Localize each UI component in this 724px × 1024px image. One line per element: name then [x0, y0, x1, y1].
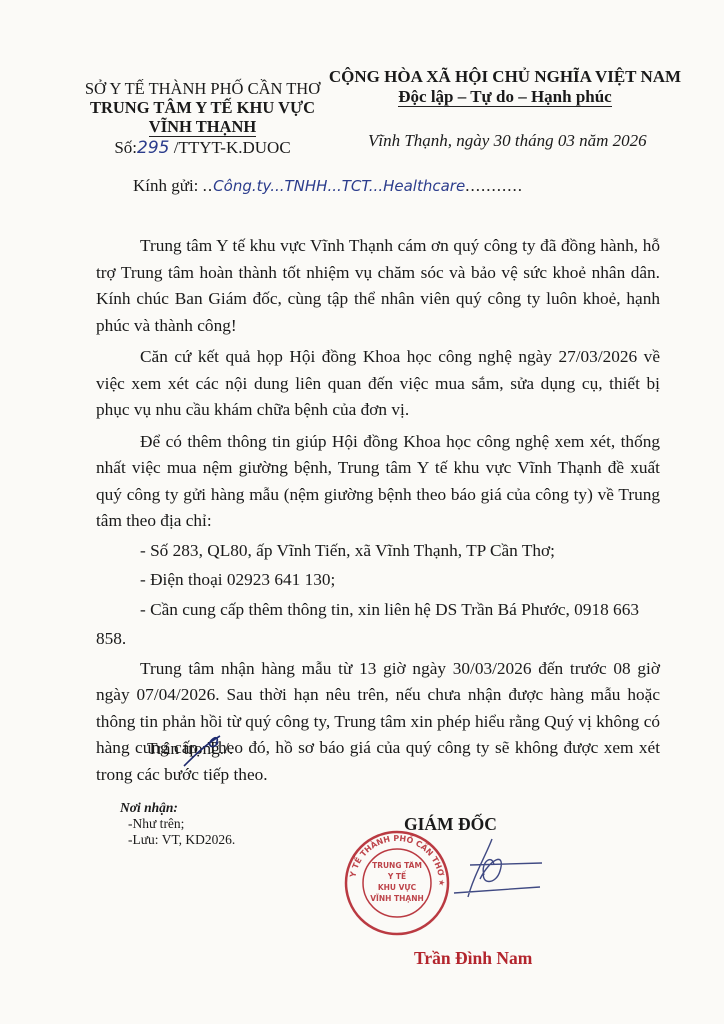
paragraph-basis: Căn cứ kết quả họp Hội đồng Khoa học côn…	[96, 344, 660, 424]
handwritten-signature-icon	[440, 835, 550, 925]
ministry-name: SỞ Y TẾ THÀNH PHỐ CẦN THƠ	[70, 79, 335, 98]
recipients-title: Nơi nhận:	[120, 800, 235, 816]
signer-name: Trần Đình Nam	[414, 948, 532, 969]
handwritten-recipient: Công.ty...TNHH...TCT...Healthcare	[213, 177, 465, 195]
place-and-date: Vĩnh Thạnh, ngày 30 tháng 03 năm 2026	[368, 131, 647, 151]
recipients-block: Nơi nhận: -Như trên; -Lưu: VT, KD2026.	[120, 800, 235, 848]
national-header: CỘNG HÒA XÃ HỘI CHỦ NGHĨA VIỆT NAM Độc l…	[325, 66, 685, 108]
svg-text:VĨNH THẠNH: VĨNH THẠNH	[370, 894, 424, 903]
national-motto: Độc lập – Tự do – Hạnh phúc	[398, 87, 611, 107]
svg-text:Y TẾ: Y TẾ	[387, 871, 407, 881]
svg-text:TRUNG TÂM: TRUNG TÂM	[372, 861, 422, 870]
addressee-line: Kính gửi: ..Công.ty...TNHH...TCT...Healt…	[133, 176, 523, 196]
list-item-address: - Số 283, QL80, ấp Vĩnh Tiến, xã Vĩnh Th…	[96, 538, 660, 565]
country-name: CỘNG HÒA XÃ HỘI CHỦ NGHĨA VIỆT NAM	[325, 66, 685, 87]
list-item-contact-continuation: 858.	[96, 626, 660, 653]
unit-name-line1: TRUNG TÂM Y TẾ KHU VỰC	[70, 98, 335, 117]
paragraph-request: Để có thêm thông tin giúp Hội đồng Khoa …	[96, 429, 660, 535]
initials-mark-icon	[180, 728, 240, 768]
document-number: Số:295 /TTYT-K.DUOC	[70, 138, 335, 158]
issuing-agency-header: SỞ Y TẾ THÀNH PHỐ CẦN THƠ TRUNG TÂM Y TẾ…	[70, 79, 335, 158]
unit-name-line2: VĨNH THẠNH	[70, 117, 335, 136]
paragraph-deadline: Trung tâm nhận hàng mẫu từ 13 giờ ngày 3…	[96, 656, 660, 789]
list-item-phone: - Điện thoại 02923 641 130;	[96, 567, 660, 594]
recipient-item: -Như trên;	[120, 816, 235, 832]
recipient-item: -Lưu: VT, KD2026.	[120, 832, 235, 848]
official-letter: SỞ Y TẾ THÀNH PHỐ CẦN THƠ TRUNG TÂM Y TẾ…	[0, 0, 724, 1024]
svg-text:KHU VỰC: KHU VỰC	[378, 883, 417, 892]
paragraph-thanks: Trung tâm Y tế khu vực Vĩnh Thạnh cám ơn…	[96, 233, 660, 339]
letter-body: Trung tâm Y tế khu vực Vĩnh Thạnh cám ơn…	[96, 233, 660, 788]
list-item-contact: - Cần cung cấp thêm thông tin, xin liên …	[96, 597, 660, 624]
handwritten-doc-number: 295	[137, 138, 169, 158]
official-stamp-icon: Y TẾ THÀNH PHỐ CẦN THƠ ★ TRUNG TÂM Y TẾ …	[342, 828, 452, 938]
